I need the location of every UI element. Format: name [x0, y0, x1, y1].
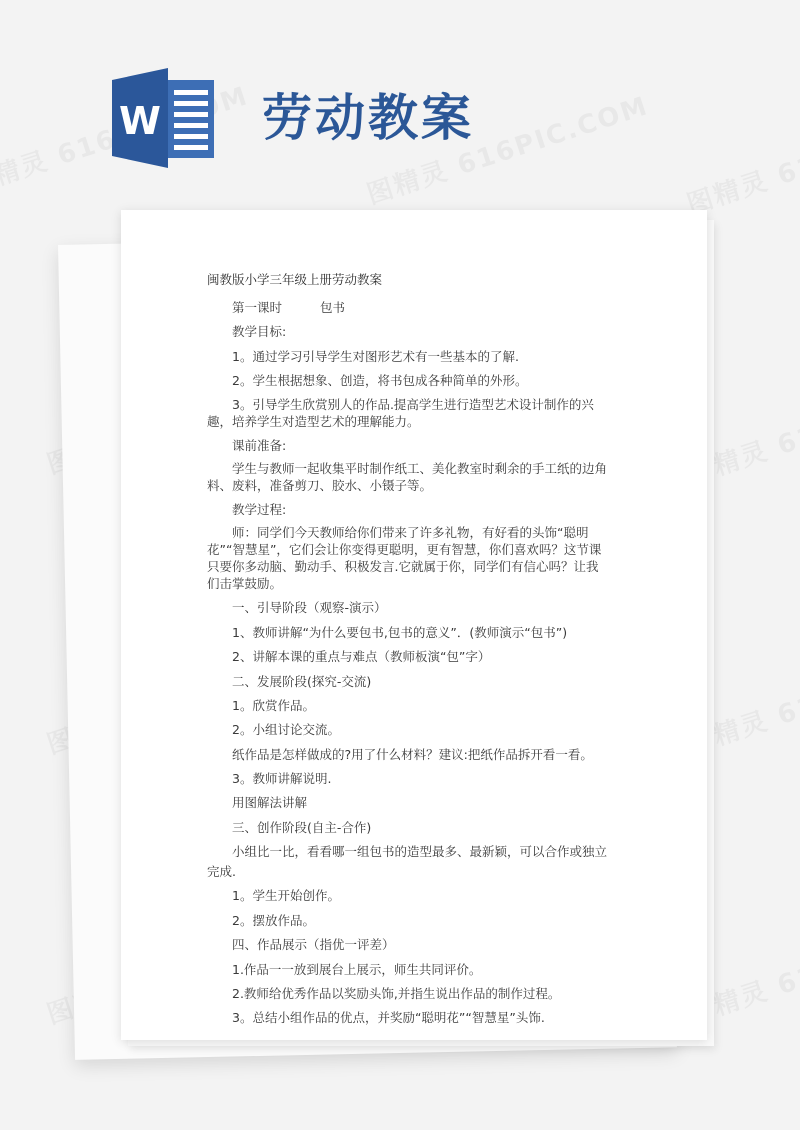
paragraph: 1。欣赏作品。	[207, 696, 609, 716]
paragraph: 2、讲解本课的重点与难点（教师板演“包”字）	[207, 647, 609, 667]
paragraph: 1。通过学习引导学生对图形艺术有一些基本的了解.	[207, 347, 609, 367]
document-page: 闽教版小学三年级上册劳动教案 第一课时包书 教学目标: 1。通过学习引导学生对图…	[121, 210, 707, 1040]
word-icon: W	[110, 68, 216, 170]
paragraph: 2。学生根据想象、创造，将书包成各种简单的外形。	[207, 371, 609, 391]
watermark: 图精灵 616PIC.COM	[681, 95, 800, 221]
paragraph: 教学过程:	[207, 500, 609, 520]
lesson-topic: 包书	[320, 300, 345, 315]
paragraph: 1、教师讲解“为什么要包书,包书的意义”．(教师演示“包书”)	[207, 623, 609, 643]
paragraph: 用图解法讲解	[207, 793, 609, 813]
paragraph: 2。小组讨论交流。	[207, 720, 609, 740]
paragraph: 3。教师讲解说明.	[207, 769, 609, 789]
paragraph: 1.作品一一放到展台上展示，师生共同评价。	[207, 960, 609, 980]
paragraph: 3。引导学生欣赏别人的作品.提高学生进行造型艺术设计制作的兴趣，培养学生对造型艺…	[207, 396, 609, 430]
section-heading: 一、引导阶段（观察-演示）	[207, 598, 609, 618]
paragraph: 2.教师给优秀作品以奖励头饰,并指生说出作品的制作过程。	[207, 984, 609, 1004]
paragraph: 2。摆放作品。	[207, 911, 609, 931]
lesson-heading: 第一课时包书	[207, 298, 609, 318]
lesson-number: 第一课时	[232, 300, 282, 315]
section-heading: 二、发展阶段(探究-交流)	[207, 672, 609, 692]
paragraph: 教学目标:	[207, 322, 609, 342]
paragraph: 3。总结小组作品的优点，并奖励“聪明花”“智慧星”头饰.	[207, 1008, 609, 1028]
section-heading: 四、作品展示（指优一评差）	[207, 935, 609, 955]
document-body: 闽教版小学三年级上册劳动教案 第一课时包书 教学目标: 1。通过学习引导学生对图…	[207, 270, 609, 1033]
paragraph: 学生与教师一起收集平时制作纸工、美化教室时剩余的手工纸的边角料、废料，准备剪刀、…	[207, 460, 609, 494]
paragraph: 纸作品是怎样做成的?用了什么材料？建议:把纸作品拆开看一看。	[207, 745, 609, 765]
paragraph: 课前准备:	[207, 436, 609, 456]
paragraph: 1。学生开始创作。	[207, 886, 609, 906]
page-title: 劳动教案	[262, 78, 474, 150]
section-heading: 三、创作阶段(自主-合作)	[207, 818, 609, 838]
paragraph: 小组比一比，看看哪一组包书的造型最多、最新颖，可以合作或独立完成.	[207, 842, 609, 882]
document-title: 闽教版小学三年级上册劳动教案	[207, 270, 609, 290]
svg-text:W: W	[119, 99, 161, 143]
paragraph: 师：同学们今天教师给你们带来了许多礼物，有好看的头饰“聪明花”“智慧星”，它们会…	[207, 524, 609, 592]
